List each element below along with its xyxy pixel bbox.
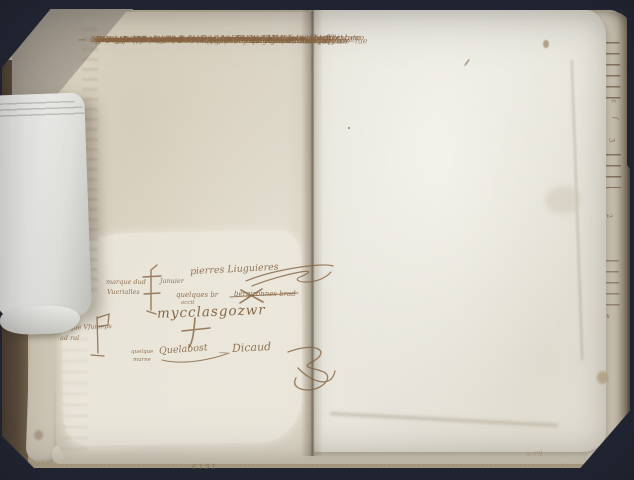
separator-dash: — [219,348,227,357]
merchant-mark-label: marque dud [106,278,146,286]
cloth-fold-seam [0,100,85,119]
cloth-page-weight [0,92,92,319]
fore-edge-ink-ticks [605,146,622,188]
gutter-fold-shadow [301,10,323,456]
right-page-blank [306,10,606,452]
manuscript-photo: ɛ ſ ʒ 2 x 2 Je soubz Mad vinorante ladic… [0,0,634,480]
merchant-mark-label: Vuerialles [107,288,140,296]
merchant-mark-label: Januier [160,277,184,285]
fore-edge-mark: ſ [611,116,619,119]
ink-speck [543,40,549,48]
background-gap-right [627,0,634,170]
small-label: quelque [131,349,153,355]
left-margin-mark-label: ad ral [60,334,79,342]
paper-stain [545,186,581,214]
crossed-out-name-prefix: quelques br [176,291,218,299]
signature-dicaud: Dicaud [232,340,272,355]
ink-bleedthrough-lower [62,338,88,450]
background-bottom [0,469,634,480]
ink-speck [348,127,350,129]
folio-number-mark: a xvj [527,448,543,457]
small-label: marne [133,357,151,363]
paper-stain [34,430,43,440]
paper-stain [597,371,608,384]
background-top [0,0,634,9]
crossed-out-name: bergironnes brad [234,290,296,298]
manuscript-line: — de Pardide Chur [78,35,162,49]
